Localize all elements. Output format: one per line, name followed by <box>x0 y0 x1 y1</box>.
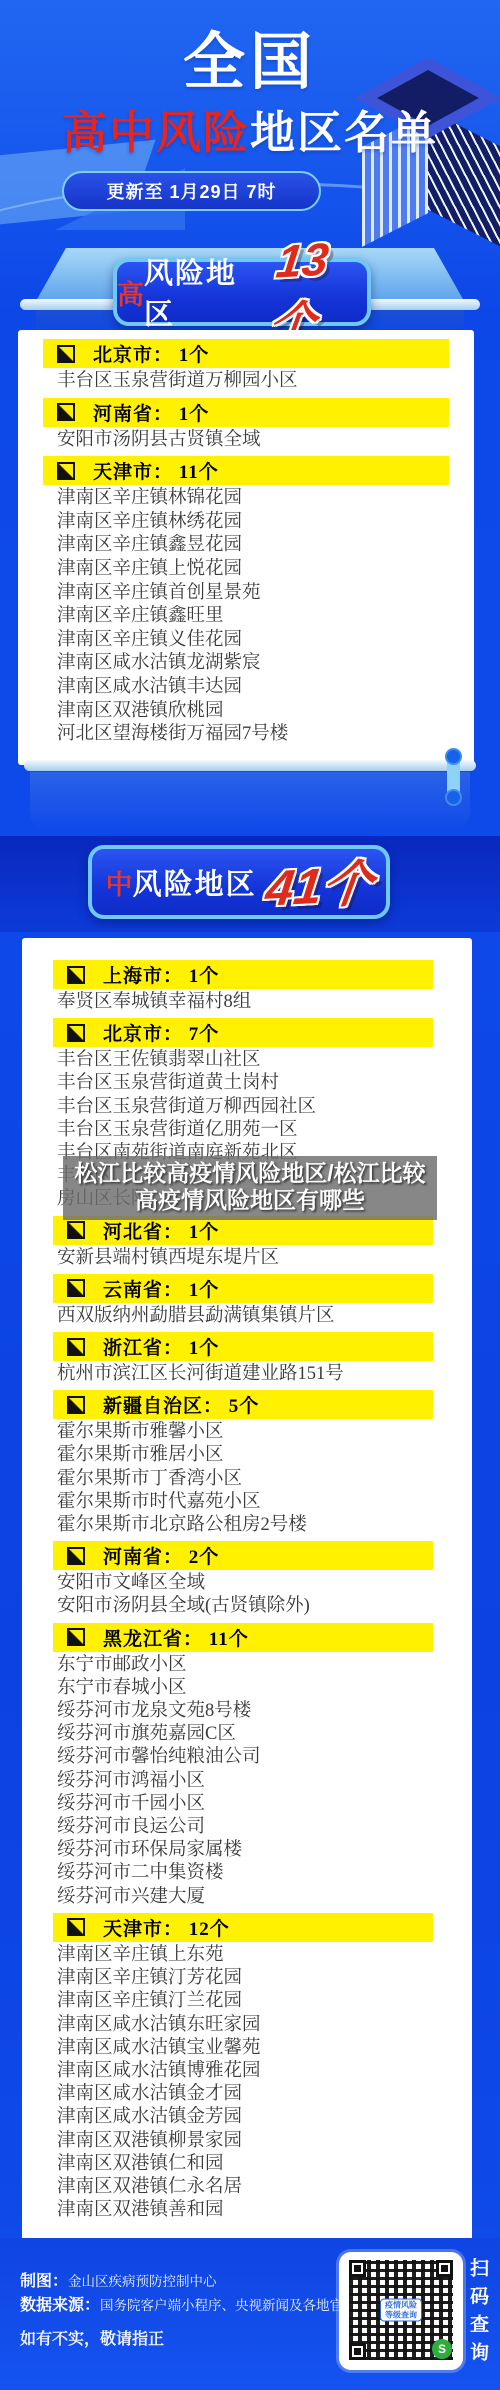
area-item: 津南区辛庄镇林锦花园 <box>57 487 474 511</box>
high-risk-badge: 高 风险地区 13个 <box>113 258 371 326</box>
subtitle-white-part: 地区名单 <box>250 107 438 158</box>
high-risk-badge-prefix: 高 <box>117 273 144 312</box>
caption-line-1: 松江比较高疫情风险地区/松江比较 <box>63 1160 437 1187</box>
qr-finder-icon <box>436 2260 453 2277</box>
province-label: 浙江省： 1个 <box>103 1333 219 1360</box>
area-item: 津南区辛庄镇首创星景苑 <box>57 582 474 606</box>
checkbox-icon <box>67 1221 85 1239</box>
medium-risk-badge: 中 风险地区 41个 <box>88 845 390 919</box>
province-label: 北京市： 7个 <box>103 1019 219 1046</box>
province-label: 河南省： 2个 <box>103 1542 219 1569</box>
area-item: 津南区辛庄镇上东苑 <box>57 1944 472 1967</box>
area-item: 津南区咸水沽镇金才园 <box>57 2083 472 2106</box>
province-header: 新疆自治区： 5个 <box>53 1390 433 1419</box>
area-item: 津南区咸水沽镇宝业馨苑 <box>57 2037 472 2060</box>
province-header: 浙江省： 1个 <box>53 1332 433 1361</box>
area-item: 津南区咸水沽镇博雅花园 <box>57 2060 472 2083</box>
area-item: 津南区辛庄镇汀芳花园 <box>57 1967 472 1990</box>
area-item: 安新县端村镇西堤东堤片区 <box>57 1247 472 1270</box>
page-title: 全国 <box>0 12 500 101</box>
poster-page: 全国 高中风险地区名单 更新至 1月29日 7时 高 风险地区 13个 北京市：… <box>0 0 500 2390</box>
province-label: 黑龙江省： 11个 <box>103 1624 249 1651</box>
province-header: 黑龙江省： 11个 <box>53 1623 433 1652</box>
checkbox-icon <box>67 1396 85 1414</box>
checkbox-icon <box>57 462 75 480</box>
maker-value: 金山区疾病预防控制中心 <box>68 2274 217 2289</box>
area-item: 津南区双港镇欣桃园 <box>57 700 474 724</box>
checkbox-icon <box>67 1024 85 1042</box>
page-subtitle: 高中风险地区名单 <box>0 96 500 161</box>
province-header: 河南省： 1个 <box>43 398 449 427</box>
area-item: 津南区咸水沽镇金芳园 <box>57 2106 472 2129</box>
medium-risk-list: 上海市： 1个奉贤区奉城镇幸福村8组北京市： 7个丰台区王佐镇翡翠山社区丰台区玉… <box>22 938 472 2252</box>
province-label: 新疆自治区： 5个 <box>103 1391 259 1418</box>
area-item: 东宁市春城小区 <box>57 1677 472 1700</box>
high-risk-badge-title: 风险地区 <box>144 251 263 333</box>
area-item: 绥芬河市馨怡纯粮油公司 <box>57 1746 472 1769</box>
caption-line-2: 高疫情风险地区有哪些 <box>63 1187 437 1214</box>
area-item: 津南区辛庄镇义佳花园 <box>57 629 474 653</box>
medium-risk-badge-count: 41个 <box>262 843 377 920</box>
area-item: 津南区咸水沽镇龙湖紫宸 <box>57 652 474 676</box>
subtitle-red-part: 高中风险 <box>62 107 250 158</box>
video-caption-overlay: 松江比较高疫情风险地区/松江比较 高疫情风险地区有哪些 <box>63 1156 437 1220</box>
area-item: 西双版纳州勐腊县勐满镇集镇片区 <box>57 1305 472 1328</box>
province-header: 北京市： 1个 <box>43 339 449 368</box>
highlight-band-bottom <box>24 760 476 771</box>
area-item: 杭州市滨江区长河街道建业路151号 <box>57 1363 472 1386</box>
area-item: 绥芬河市龙泉文苑8号楼 <box>57 1700 472 1723</box>
province-label: 天津市： 11个 <box>93 457 219 484</box>
province-header: 河南省： 2个 <box>53 1541 433 1570</box>
area-item: 霍尔果斯市雅居小区 <box>57 1444 472 1467</box>
scroll-indicator <box>444 748 464 806</box>
qr-center-label: 疫情风险 等级查询 <box>380 2299 422 2322</box>
high-risk-list: 北京市： 1个丰台区玉泉营街道万柳园小区河南省： 1个安阳市汤阴县古贤镇全域天津… <box>18 330 474 765</box>
qr-code-card: 疫情风险 等级查询 S <box>339 2252 463 2370</box>
area-item: 津南区辛庄镇鑫旺里 <box>57 605 474 629</box>
area-item: 津南区辛庄镇上悦花园 <box>57 558 474 582</box>
area-item: 绥芬河市兴建大厦 <box>57 1886 472 1909</box>
area-item: 绥芬河市鸿福小区 <box>57 1770 472 1793</box>
checkbox-icon <box>67 1628 85 1646</box>
qr-finder-icon <box>349 2260 366 2277</box>
province-header: 北京市： 7个 <box>53 1018 433 1047</box>
checkbox-icon <box>67 966 85 984</box>
area-item: 安阳市文峰区全域 <box>57 1572 472 1595</box>
footer-maker-row: 制图：金山区疾病预防控制中心 <box>20 2268 217 2291</box>
province-header: 天津市： 11个 <box>43 456 449 485</box>
area-item: 霍尔果斯市北京路公租房2号楼 <box>57 1514 472 1537</box>
maker-label: 制图： <box>20 2273 68 2290</box>
area-item: 河北区望海楼街万福园7号楼 <box>57 723 474 747</box>
mini-program-logo-icon: S <box>432 2339 452 2359</box>
province-label: 河南省： 1个 <box>93 399 209 426</box>
area-item: 津南区咸水沽镇丰达园 <box>57 676 474 700</box>
area-item: 丰台区玉泉营街道万柳西园社区 <box>57 1096 472 1119</box>
footer-source-row: 数据来源：国务院客户端小程序、央视新闻及各地官方发布 <box>20 2292 384 2315</box>
area-item: 津南区双港镇仁永名居 <box>57 2176 472 2199</box>
scan-hint-vertical: 扫码查询 <box>463 2258 491 2390</box>
area-item: 津南区辛庄镇鑫昱花园 <box>57 534 474 558</box>
province-header: 上海市： 1个 <box>53 960 433 989</box>
checkbox-icon <box>67 1279 85 1297</box>
area-item: 霍尔果斯市时代嘉苑小区 <box>57 1491 472 1514</box>
area-item: 津南区辛庄镇林绣花园 <box>57 511 474 535</box>
area-item: 津南区双港镇仁和园 <box>57 2153 472 2176</box>
area-item: 绥芬河市良运公司 <box>57 1816 472 1839</box>
area-item: 安阳市汤阴县全域(古贤镇除外) <box>57 1595 472 1618</box>
area-item: 绥芬河市二中集资楼 <box>57 1862 472 1885</box>
area-item: 丰台区玉泉营街道黄土岗村 <box>57 1072 472 1095</box>
area-item: 津南区双港镇柳景家园 <box>57 2130 472 2153</box>
medium-risk-badge-prefix: 中 <box>106 863 133 902</box>
area-item: 津南区双港镇善和园 <box>57 2199 472 2222</box>
area-item: 丰台区玉泉营街道万柳园小区 <box>57 370 474 394</box>
scroll-knob-top <box>445 748 462 765</box>
area-item: 安阳市汤阴县古贤镇全域 <box>57 429 474 453</box>
checkbox-icon <box>57 403 75 421</box>
province-header: 天津市： 12个 <box>53 1913 433 1942</box>
province-label: 上海市： 1个 <box>103 961 219 988</box>
area-item: 奉贤区奉城镇幸福村8组 <box>57 991 472 1014</box>
area-item: 津南区辛庄镇汀兰花园 <box>57 1990 472 2013</box>
area-item: 绥芬河市千园小区 <box>57 1793 472 1816</box>
source-label: 数据来源： <box>20 2297 100 2314</box>
area-item: 霍尔果斯市雅馨小区 <box>57 1421 472 1444</box>
area-item: 东宁市邮政小区 <box>57 1654 472 1677</box>
area-item: 绥芬河市旗苑嘉园C区 <box>57 1723 472 1746</box>
checkbox-icon <box>67 1338 85 1356</box>
update-time-pill: 更新至 1月29日 7时 <box>62 171 321 211</box>
province-header: 云南省： 1个 <box>53 1274 433 1303</box>
province-label: 河北省： 1个 <box>103 1217 219 1244</box>
province-label: 云南省： 1个 <box>103 1275 219 1302</box>
area-item: 津南区咸水沽镇东旺家园 <box>57 2014 472 2037</box>
qr-code-icon: 疫情风险 等级查询 S <box>349 2260 453 2360</box>
card-shadow <box>30 772 470 832</box>
scroll-knob-bottom <box>445 789 462 806</box>
checkbox-icon <box>67 1918 85 1936</box>
area-item: 霍尔果斯市丁香湾小区 <box>57 1468 472 1491</box>
footer-note: 如有不实，敬请指正 <box>20 2326 164 2349</box>
checkbox-icon <box>57 345 75 363</box>
area-item: 丰台区王佐镇翡翠山社区 <box>57 1049 472 1072</box>
area-item: 绥芬河市环保局家属楼 <box>57 1839 472 1862</box>
province-label: 北京市： 1个 <box>93 340 209 367</box>
province-label: 天津市： 12个 <box>103 1914 230 1941</box>
checkbox-icon <box>67 1547 85 1565</box>
area-item: 丰台区玉泉营街道亿朋苑一区 <box>57 1119 472 1142</box>
medium-risk-badge-title: 风险地区 <box>133 862 257 903</box>
qr-finder-icon <box>349 2343 366 2360</box>
